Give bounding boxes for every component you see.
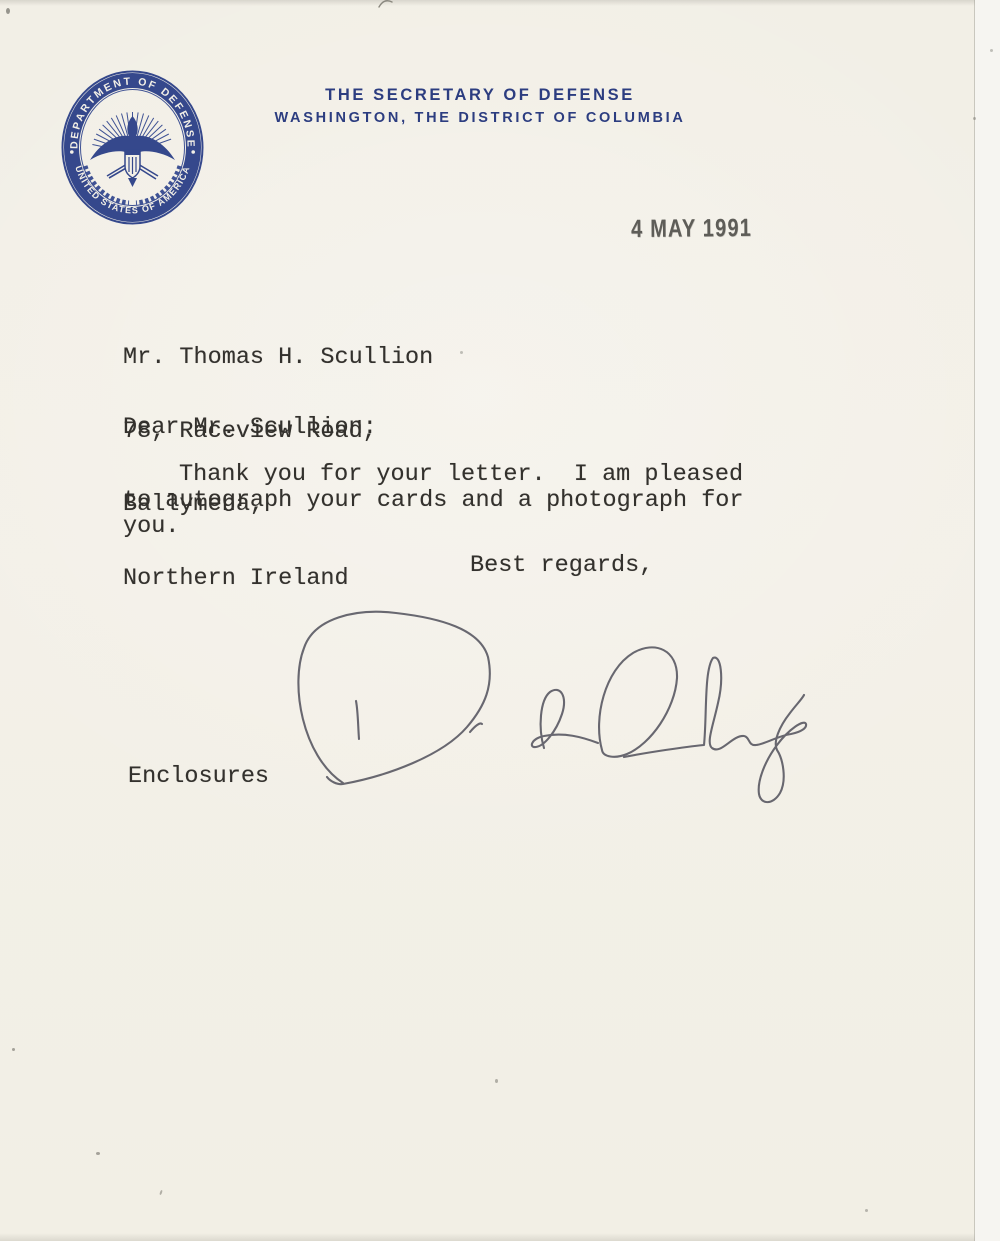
scan-background-strip (975, 0, 1000, 1241)
seal-eagle-icon (90, 116, 175, 187)
scan-speck (6, 8, 10, 14)
scan-speck (973, 117, 976, 120)
salutation: Dear Mr. Scullion: (123, 414, 377, 441)
recipient-country: Northern Ireland (123, 567, 433, 592)
body-line: Thank you for your letter. I am pleased (123, 462, 744, 488)
scan-speck (12, 1048, 15, 1051)
scanned-letter-page: DEPARTMENT OF DEFENSE UNITED STATES OF A… (0, 0, 1000, 1241)
pen-mark-top (378, 0, 394, 8)
scan-speck (159, 1190, 163, 1195)
scan-edge-shadow-top (0, 0, 1000, 6)
letterhead-subtitle: WASHINGTON, THE DISTRICT OF COLUMBIA (80, 110, 880, 126)
body-line: you. (123, 514, 744, 540)
recipient-name: Mr. Thomas H. Scullion (123, 346, 433, 371)
scan-speck (495, 1079, 498, 1083)
paper-edge-line (974, 0, 975, 1241)
letter-body: Thank you for your letter. I am pleased … (123, 462, 744, 540)
letterhead-title: THE SECRETARY OF DEFENSE (80, 86, 880, 105)
closing: Best regards, (470, 552, 653, 579)
letterhead: THE SECRETARY OF DEFENSE WASHINGTON, THE… (80, 86, 880, 126)
scan-speck (865, 1209, 868, 1212)
enclosures-label: Enclosures (128, 763, 269, 790)
scan-edge-shadow-bottom (0, 1233, 1000, 1241)
scan-speck (96, 1152, 100, 1155)
body-line: to autograph your cards and a photograph… (123, 488, 744, 514)
signature-dick-cheney (292, 608, 862, 818)
scan-speck (990, 49, 993, 52)
scan-speck (460, 351, 463, 354)
date-stamp: 4 MAY 1991 (631, 214, 752, 244)
